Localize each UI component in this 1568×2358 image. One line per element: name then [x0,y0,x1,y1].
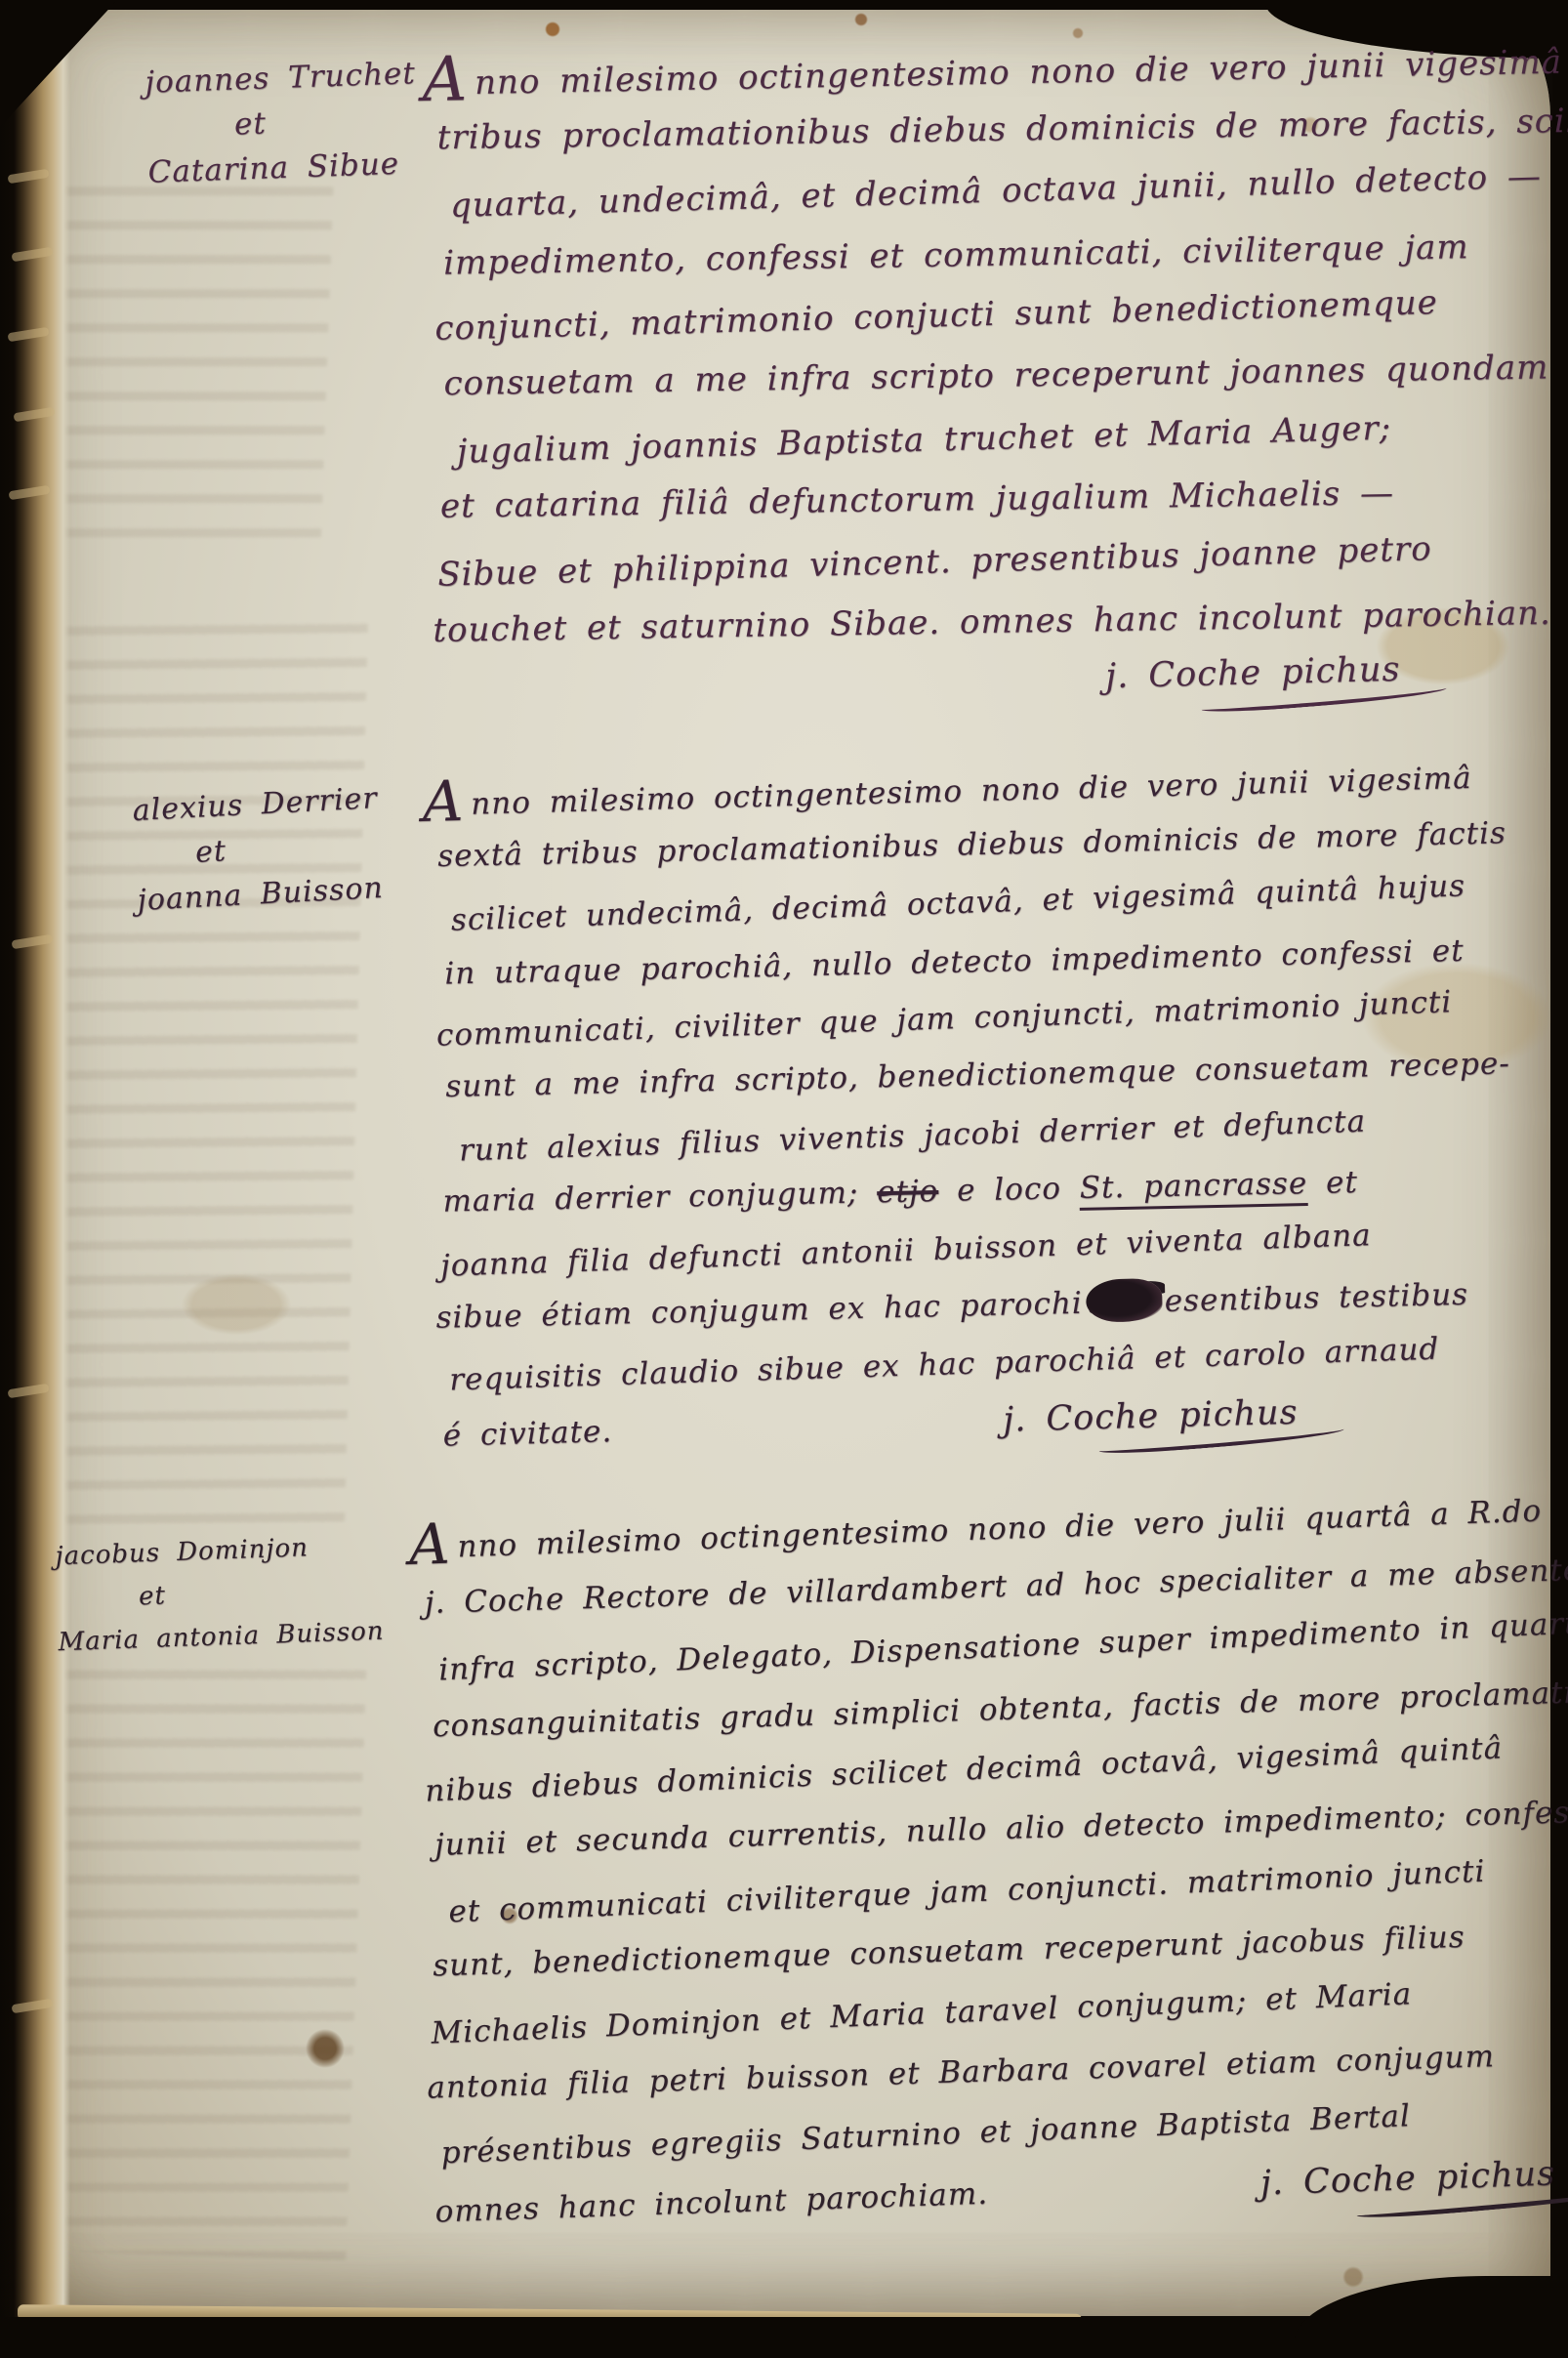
underlined-place-name: St. pancrasse [1079,1166,1307,1211]
priest-signature: j. Coche pichus [1105,640,1402,708]
register-page-scan: joannes Truchet et Catarina Sibue Anno m… [0,0,1568,2358]
entry-3-margin-note: jacobus Dominjon et Maria antonia Buisso… [55,1523,410,1664]
entry-2-margin-note: alexius Derrier et joanna Buisson [132,773,441,924]
entry-1-record-text: Anno milesimo octingentesimo nono die ve… [422,27,1568,722]
bleedthrough-text [47,161,334,561]
entry-3-record-text: Anno milesimo octingentesimo nono die ve… [408,1477,1568,2242]
ink-blot [1086,1278,1163,1323]
priest-signature: j. Coche pichus [1003,1385,1300,1450]
initial-capital: A [422,43,468,115]
closing-text: é civitate. [442,1403,613,1466]
struck-out-text: etjo [877,1174,939,1210]
priest-signature: j. Coche pichus [1259,2143,1556,2213]
initial-capital: A [408,1511,451,1578]
bleedthrough-text [22,601,369,1537]
entry-2-record-text: Anno milesimo octingentesimo nono die ve… [422,744,1568,1465]
initial-capital: A [422,768,464,835]
bleedthrough-text [33,1645,366,2261]
